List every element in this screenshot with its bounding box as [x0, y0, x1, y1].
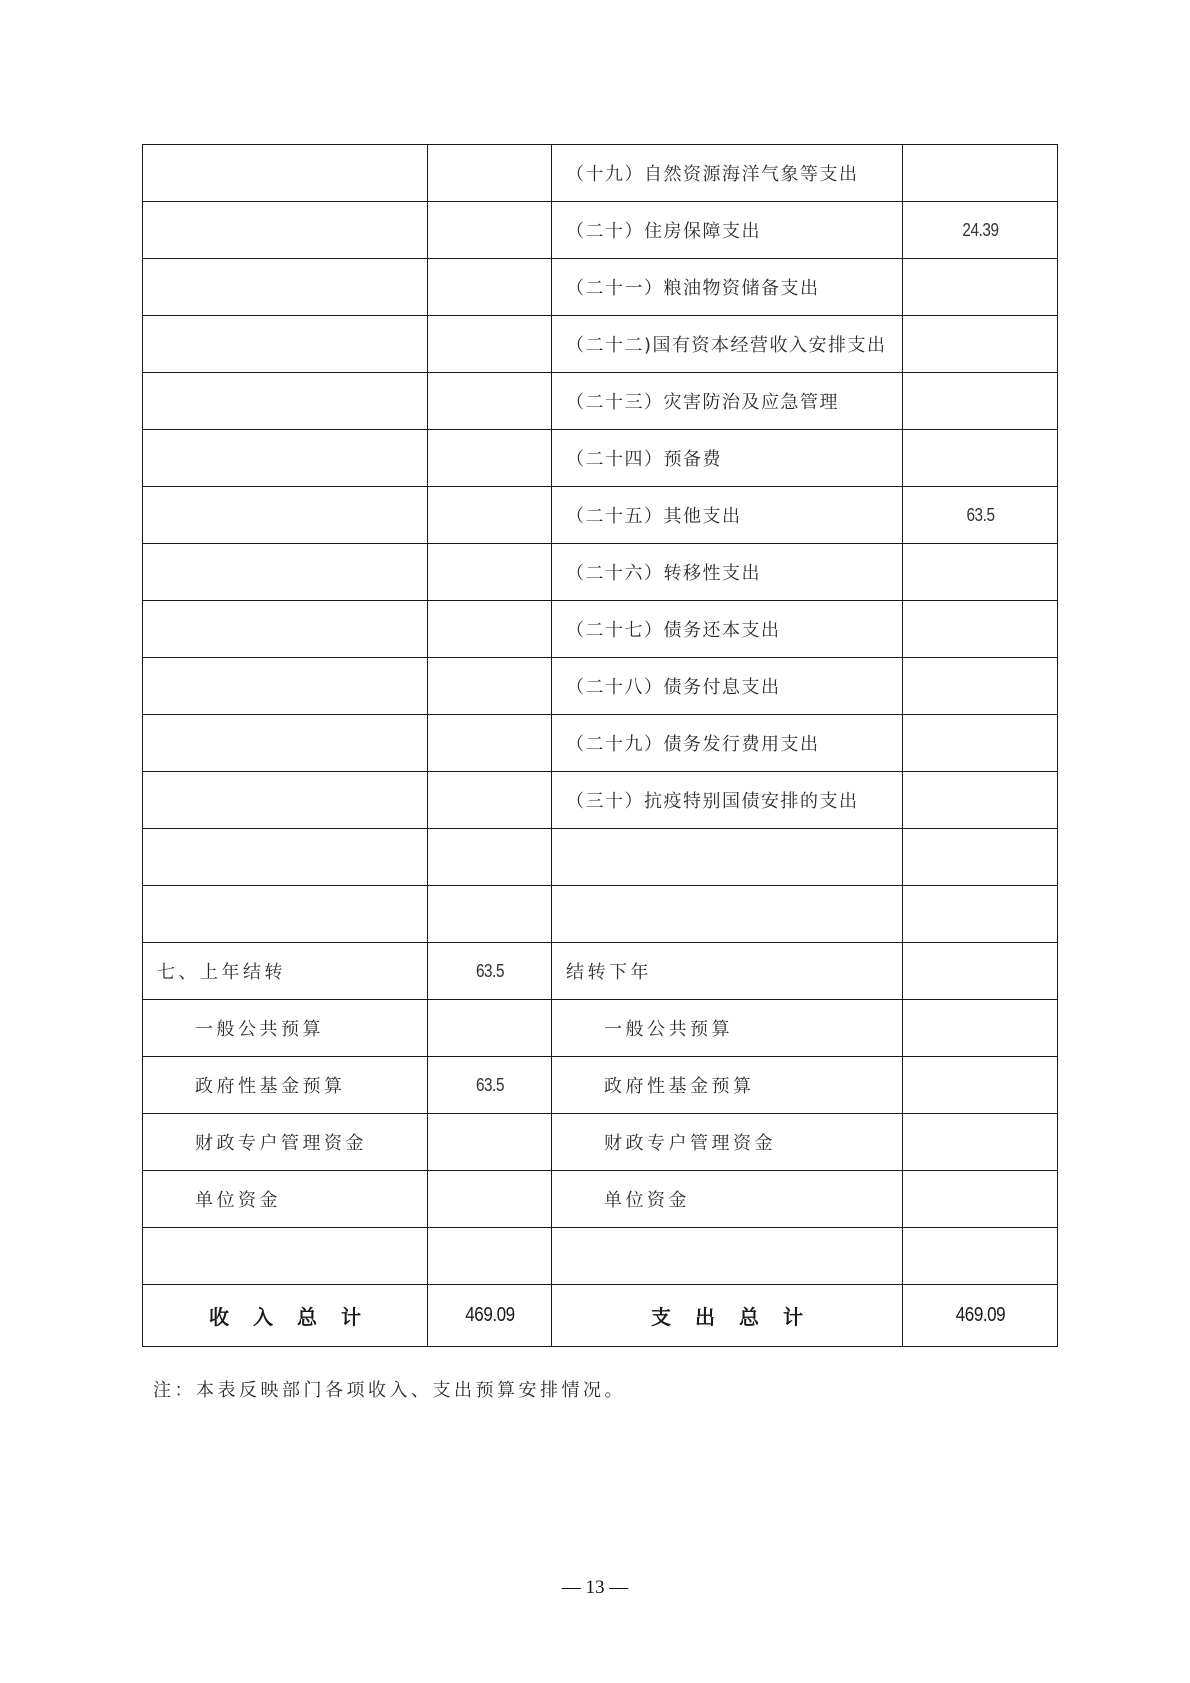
expense-label-cell: （二十四）预备费: [552, 430, 903, 487]
income-label-cell: 财政专户管理资金: [143, 1114, 428, 1171]
income-label-cell: [143, 544, 428, 601]
income-value-cell: [437, 658, 542, 715]
expense-value-cell: [914, 829, 1046, 886]
income-label-cell: [143, 430, 428, 487]
expense-label-cell: （二十）住房保障支出: [552, 202, 903, 259]
expense-label-cell: （十九）自然资源海洋气象等支出: [552, 145, 903, 202]
expense-total-label: 支出总计: [552, 1285, 903, 1347]
expense-value-cell: [914, 601, 1046, 658]
expense-value-cell: [914, 715, 1046, 772]
expense-label-cell: [552, 1228, 903, 1285]
table-row: 一般公共预算一般公共预算: [143, 1000, 1058, 1057]
income-total-value: 469.09: [437, 1285, 542, 1347]
table-row: （二十六）转移性支出: [143, 544, 1058, 601]
table-row: （二十三）灾害防治及应急管理: [143, 373, 1058, 430]
income-value-cell: [437, 886, 542, 943]
income-label-cell: [143, 145, 428, 202]
expense-label-cell: 单位资金: [552, 1171, 903, 1228]
expense-label-cell: 一般公共预算: [552, 1000, 903, 1057]
expense-label-cell: （三十）抗疫特别国债安排的支出: [552, 772, 903, 829]
income-value-cell: [437, 145, 542, 202]
income-value-cell: [437, 544, 542, 601]
income-label-cell: 单位资金: [143, 1171, 428, 1228]
income-value-cell: [437, 772, 542, 829]
table-row: （十九）自然资源海洋气象等支出: [143, 145, 1058, 202]
total-row: 收入总计 469.09 支出总计 469.09: [143, 1285, 1058, 1347]
table-row: 七、上年结转63.5结转下年: [143, 943, 1058, 1000]
expense-value-cell: [914, 544, 1046, 601]
income-label-cell: 七、上年结转: [143, 943, 428, 1000]
expense-value-cell: [914, 316, 1046, 373]
income-label-cell: 一般公共预算: [143, 1000, 428, 1057]
income-value-cell: [437, 316, 542, 373]
page-number: — 13 —: [0, 1577, 1190, 1599]
income-label-cell: [143, 715, 428, 772]
income-label-cell: [143, 259, 428, 316]
income-value-cell: [437, 487, 542, 544]
income-value-cell: [437, 1228, 542, 1285]
income-label-cell: [143, 886, 428, 943]
table-row: [143, 886, 1058, 943]
income-value-cell: [437, 1171, 542, 1228]
expense-value-cell: [914, 1228, 1046, 1285]
expense-value-cell: [914, 772, 1046, 829]
table-note: 注：本表反映部门各项收入、支出预算安排情况。: [153, 1376, 626, 1402]
table-row: （二十二)国有资本经营收入安排支出: [143, 316, 1058, 373]
expense-value-cell: 24.39: [914, 202, 1046, 259]
expense-label-cell: 结转下年: [552, 943, 903, 1000]
income-label-cell: [143, 316, 428, 373]
expense-value-cell: [914, 1057, 1046, 1114]
expense-value-cell: [914, 658, 1046, 715]
income-label-cell: [143, 658, 428, 715]
income-value-cell: 63.5: [437, 943, 542, 1000]
expense-label-cell: （二十七）债务还本支出: [552, 601, 903, 658]
expense-label-cell: （二十九）债务发行费用支出: [552, 715, 903, 772]
income-label-cell: [143, 829, 428, 886]
income-value-cell: [437, 430, 542, 487]
expense-label-cell: （二十五）其他支出: [552, 487, 903, 544]
expense-label-cell: 政府性基金预算: [552, 1057, 903, 1114]
income-value-cell: [437, 829, 542, 886]
income-value-cell: [437, 601, 542, 658]
expense-total-value: 469.09: [914, 1285, 1046, 1347]
income-value-cell: 63.5: [437, 1057, 542, 1114]
expense-value-cell: [914, 373, 1046, 430]
income-value-cell: [437, 202, 542, 259]
table-row: [143, 829, 1058, 886]
table-row: 财政专户管理资金财政专户管理资金: [143, 1114, 1058, 1171]
expense-value-cell: [914, 943, 1046, 1000]
income-value-cell: [437, 373, 542, 430]
table-row: [143, 1228, 1058, 1285]
expense-value-cell: [914, 1000, 1046, 1057]
income-label-cell: [143, 1228, 428, 1285]
income-label-cell: [143, 373, 428, 430]
income-label-cell: [143, 487, 428, 544]
table-row: （二十四）预备费: [143, 430, 1058, 487]
expense-label-cell: [552, 829, 903, 886]
expense-label-cell: （二十二)国有资本经营收入安排支出: [552, 316, 903, 373]
income-value-cell: [437, 715, 542, 772]
income-label-cell: [143, 202, 428, 259]
expense-label-cell: 财政专户管理资金: [552, 1114, 903, 1171]
table-row: （二十一）粮油物资储备支出: [143, 259, 1058, 316]
expense-label-cell: （二十六）转移性支出: [552, 544, 903, 601]
expense-value-cell: 63.5: [914, 487, 1046, 544]
table-row: （二十七）债务还本支出: [143, 601, 1058, 658]
expense-label-cell: （二十三）灾害防治及应急管理: [552, 373, 903, 430]
expense-value-cell: [914, 1171, 1046, 1228]
expense-value-cell: [914, 1114, 1046, 1171]
table-row: 单位资金单位资金: [143, 1171, 1058, 1228]
table-row: （三十）抗疫特别国债安排的支出: [143, 772, 1058, 829]
income-label-cell: [143, 601, 428, 658]
income-label-cell: 政府性基金预算: [143, 1057, 428, 1114]
expense-value-cell: [914, 145, 1046, 202]
income-label-cell: [143, 772, 428, 829]
expense-label-cell: （二十一）粮油物资储备支出: [552, 259, 903, 316]
table-row: （二十）住房保障支出24.39: [143, 202, 1058, 259]
expense-value-cell: [914, 886, 1046, 943]
budget-table: （十九）自然资源海洋气象等支出（二十）住房保障支出24.39（二十一）粮油物资储…: [142, 144, 1058, 1347]
income-value-cell: [437, 259, 542, 316]
table-row: （二十五）其他支出63.5: [143, 487, 1058, 544]
income-value-cell: [437, 1114, 542, 1171]
table-row: （二十八）债务付息支出: [143, 658, 1058, 715]
table-body: （十九）自然资源海洋气象等支出（二十）住房保障支出24.39（二十一）粮油物资储…: [143, 145, 1058, 1285]
income-total-label: 收入总计: [143, 1285, 428, 1347]
expense-label-cell: [552, 886, 903, 943]
income-value-cell: [437, 1000, 542, 1057]
table-row: （二十九）债务发行费用支出: [143, 715, 1058, 772]
expense-value-cell: [914, 259, 1046, 316]
expense-value-cell: [914, 430, 1046, 487]
table-row: 政府性基金预算63.5政府性基金预算: [143, 1057, 1058, 1114]
expense-label-cell: （二十八）债务付息支出: [552, 658, 903, 715]
